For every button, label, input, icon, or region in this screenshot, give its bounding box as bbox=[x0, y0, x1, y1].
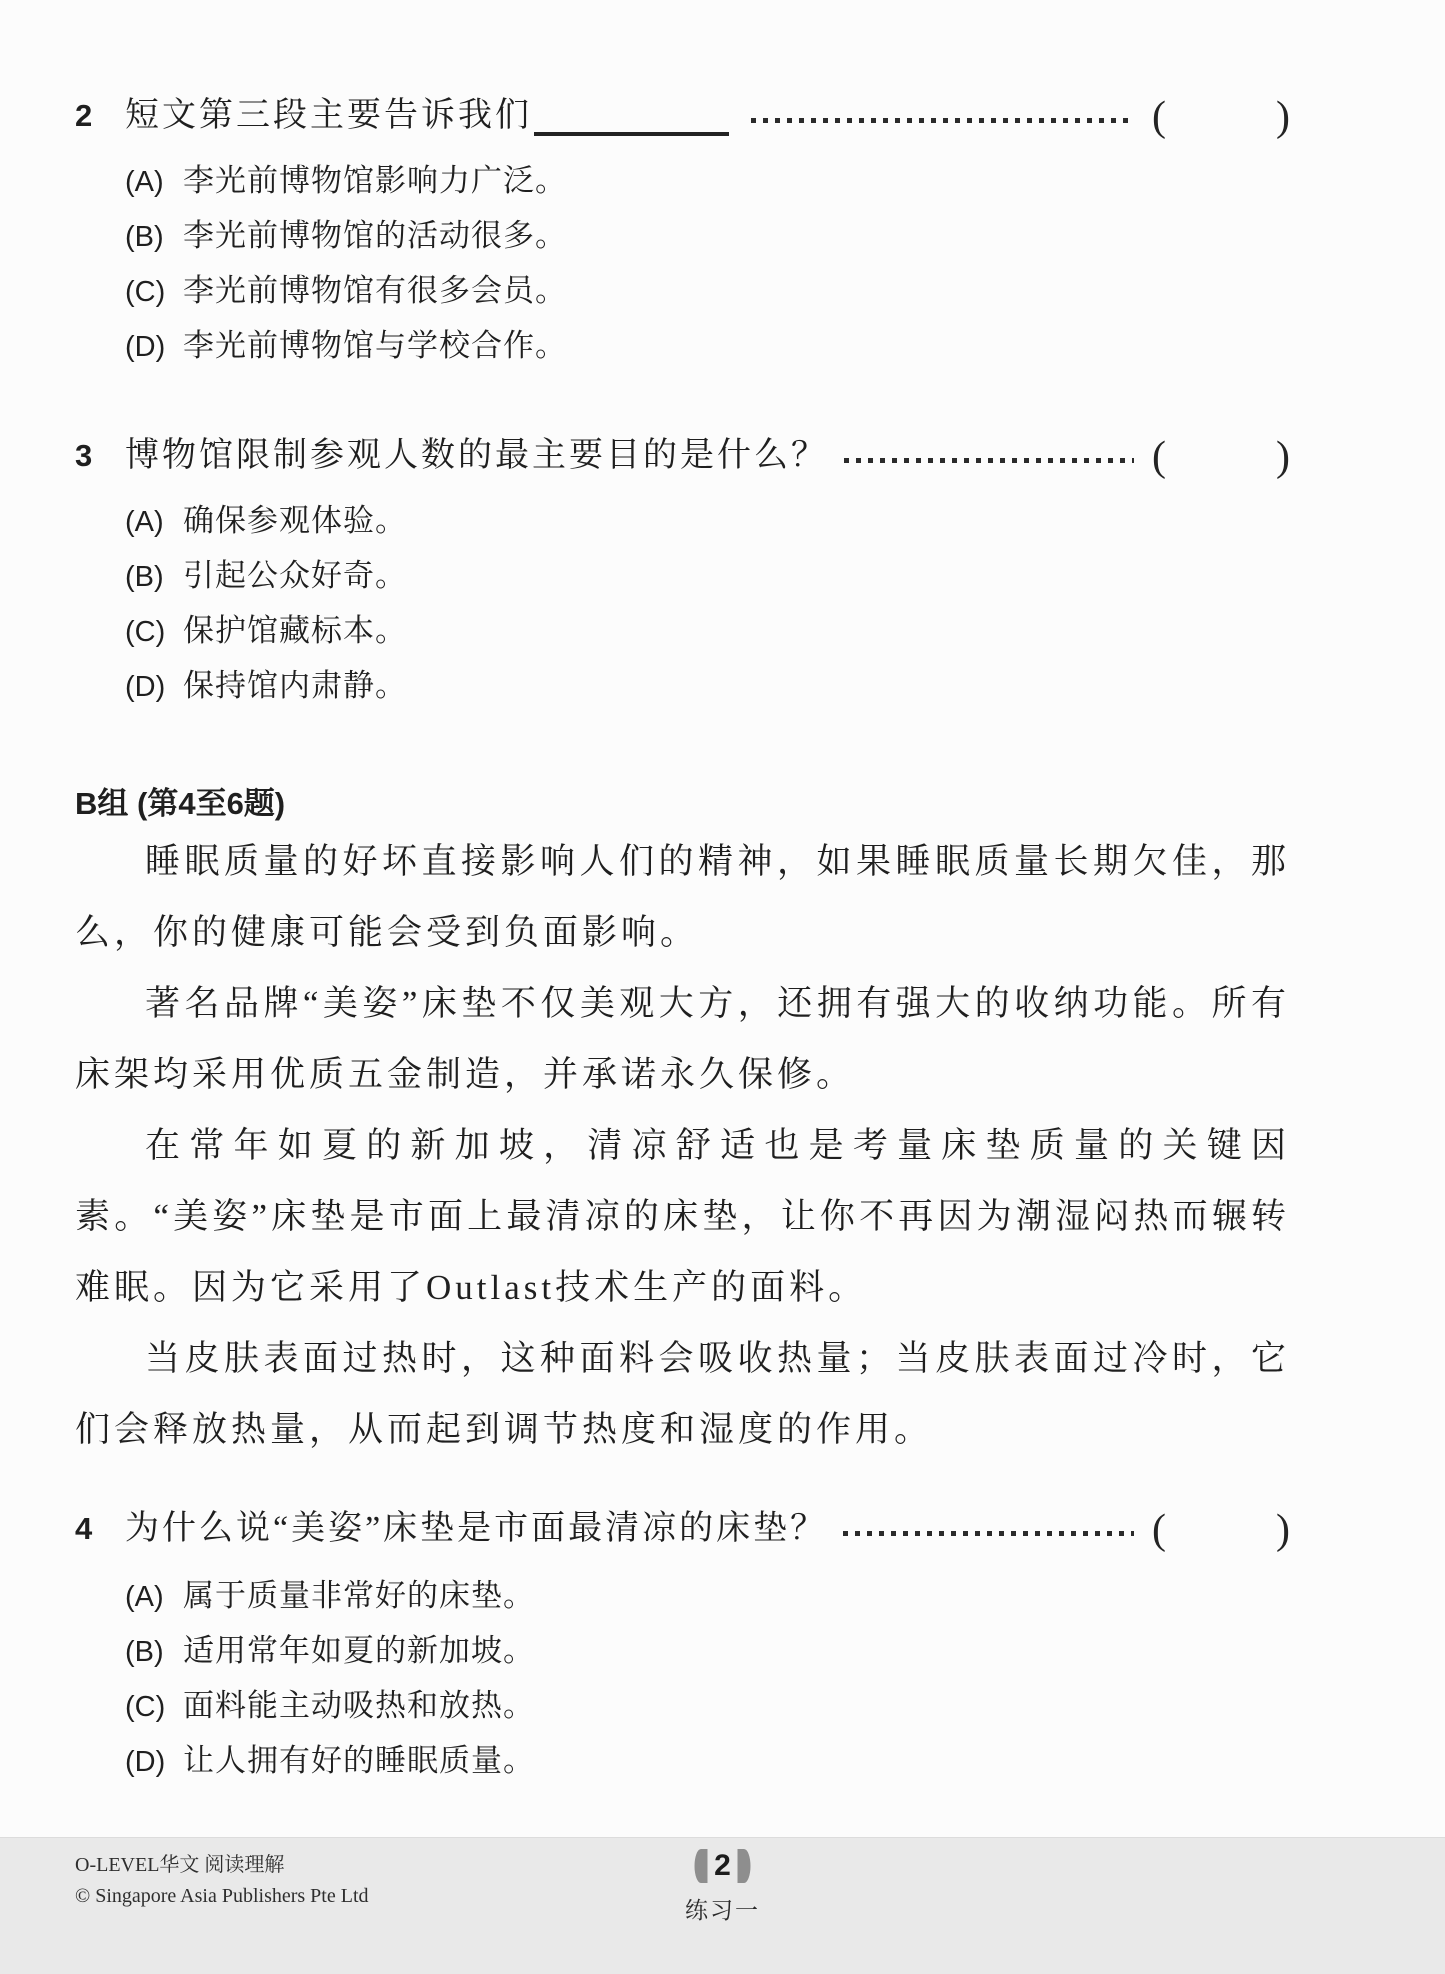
option-text: 引起公众好奇。 bbox=[183, 549, 407, 602]
option-label: (D) bbox=[125, 661, 183, 714]
dotted-leader bbox=[844, 458, 1134, 463]
question-2-row: 2 短文第三段主要告诉我们 ( ) bbox=[75, 92, 1290, 142]
dotted-leader bbox=[751, 118, 1134, 123]
option-row: (C) 李光前博物馆有很多会员。 bbox=[125, 264, 1290, 319]
answer-paren-close: ) bbox=[1276, 1505, 1290, 1555]
answer-blank-line bbox=[534, 92, 729, 136]
passage-paragraph: 当皮肤表面过热时，这种面料会吸收热量；当皮肤表面过冷时，它们会释放热量，从而起到… bbox=[75, 1323, 1290, 1465]
option-label: (D) bbox=[125, 321, 183, 374]
option-label: (A) bbox=[125, 496, 183, 549]
question-number: 3 bbox=[75, 432, 125, 480]
answer-brackets: ( ) bbox=[1152, 92, 1290, 142]
option-row: (D) 李光前博物馆与学校合作。 bbox=[125, 319, 1290, 374]
option-label: (D) bbox=[125, 1735, 183, 1789]
option-text: 李光前博物馆的活动很多。 bbox=[183, 209, 567, 262]
page-number: 2 bbox=[714, 1849, 731, 1883]
exercise-label: 练习一 bbox=[685, 1892, 760, 1925]
answer-brackets: ( ) bbox=[1152, 432, 1290, 482]
option-text: 李光前博物馆与学校合作。 bbox=[183, 319, 567, 372]
option-text: 李光前博物馆有很多会员。 bbox=[183, 264, 567, 317]
option-text: 适用常年如夏的新加坡。 bbox=[183, 1624, 535, 1678]
option-label: (B) bbox=[125, 551, 183, 604]
option-text: 李光前博物馆影响力广泛。 bbox=[183, 154, 567, 207]
answer-paren-open: ( bbox=[1152, 432, 1166, 482]
footer-series-title: O-LEVEL华文 阅读理解 bbox=[75, 1850, 369, 1881]
page-content: 2 短文第三段主要告诉我们 ( ) (A) 李光前博物馆影响力广泛。 (B) 李… bbox=[75, 92, 1290, 1789]
page-footer: O-LEVEL华文 阅读理解 © Singapore Asia Publishe… bbox=[0, 1837, 1445, 1974]
question-2-options: (A) 李光前博物馆影响力广泛。 (B) 李光前博物馆的活动很多。 (C) 李光… bbox=[125, 154, 1290, 374]
footer-center: 2 练习一 bbox=[685, 1846, 760, 1925]
question-number: 2 bbox=[75, 92, 125, 140]
dotted-leader bbox=[843, 1531, 1134, 1536]
option-text: 保持馆内肃静。 bbox=[183, 659, 407, 712]
question-3-options: (A) 确保参观体验。 (B) 引起公众好奇。 (C) 保护馆藏标本。 (D) … bbox=[125, 494, 1290, 714]
page-number-ornament-left-icon bbox=[694, 1849, 707, 1883]
answer-paren-close: ) bbox=[1276, 432, 1290, 482]
option-text: 让人拥有好的睡眠质量。 bbox=[183, 1734, 535, 1788]
option-row: (D) 让人拥有好的睡眠质量。 bbox=[125, 1734, 1290, 1789]
option-label: (C) bbox=[125, 1680, 183, 1734]
question-text: 短文第三段主要告诉我们 bbox=[125, 92, 532, 140]
footer-copyright: © Singapore Asia Publishers Pte Ltd bbox=[75, 1881, 369, 1912]
section-b-heading: B组 (第4至6题) bbox=[75, 782, 1290, 826]
option-text: 面料能主动吸热和放热。 bbox=[183, 1679, 535, 1733]
footer-left: O-LEVEL华文 阅读理解 © Singapore Asia Publishe… bbox=[75, 1850, 369, 1912]
option-row: (B) 李光前博物馆的活动很多。 bbox=[125, 209, 1290, 264]
passage-paragraph: 在常年如夏的新加坡，清凉舒适也是考量床垫质量的关键因素。“美姿”床垫是市面上最清… bbox=[75, 1110, 1290, 1323]
option-row: (C) 保护馆藏标本。 bbox=[125, 604, 1290, 659]
option-row: (C) 面料能主动吸热和放热。 bbox=[125, 1679, 1290, 1734]
option-row: (B) 引起公众好奇。 bbox=[125, 549, 1290, 604]
page-number-ornament-right-icon bbox=[738, 1849, 751, 1883]
question-4-block: 4 为什么说“美姿”床垫是市面最清凉的床垫？ ( ) (A) 属于质量非常好的床… bbox=[75, 1505, 1290, 1789]
option-label: (B) bbox=[125, 211, 183, 264]
option-row: (D) 保持馆内肃静。 bbox=[125, 659, 1290, 714]
option-text: 保护馆藏标本。 bbox=[183, 604, 407, 657]
answer-paren-open: ( bbox=[1152, 92, 1166, 142]
question-3-block: 3 博物馆限制参观人数的最主要目的是什么？ ( ) (A) 确保参观体验。 (B… bbox=[75, 432, 1290, 714]
answer-paren-open: ( bbox=[1152, 1505, 1166, 1555]
option-row: (A) 李光前博物馆影响力广泛。 bbox=[125, 154, 1290, 209]
option-text: 属于质量非常好的床垫。 bbox=[183, 1569, 535, 1623]
passage-paragraph: 著名品牌“美姿”床垫不仅美观大方，还拥有强大的收纳功能。所有床架均采用优质五金制… bbox=[75, 968, 1290, 1110]
question-2-block: 2 短文第三段主要告诉我们 ( ) (A) 李光前博物馆影响力广泛。 (B) 李… bbox=[75, 92, 1290, 374]
question-4-row: 4 为什么说“美姿”床垫是市面最清凉的床垫？ ( ) bbox=[75, 1505, 1290, 1555]
question-4-options: (A) 属于质量非常好的床垫。 (B) 适用常年如夏的新加坡。 (C) 面料能主… bbox=[125, 1569, 1290, 1789]
option-label: (C) bbox=[125, 266, 183, 319]
option-row: (A) 确保参观体验。 bbox=[125, 494, 1290, 549]
option-row: (A) 属于质量非常好的床垫。 bbox=[125, 1569, 1290, 1624]
page-number-marker: 2 bbox=[685, 1846, 760, 1886]
question-number: 4 bbox=[75, 1505, 125, 1553]
question-text: 为什么说“美姿”床垫是市面最清凉的床垫？ bbox=[125, 1505, 827, 1553]
passage-paragraph: 睡眠质量的好坏直接影响人们的精神，如果睡眠质量长期欠佳，那么，你的健康可能会受到… bbox=[75, 826, 1290, 968]
option-label: (C) bbox=[125, 606, 183, 659]
option-label: (A) bbox=[125, 156, 183, 209]
option-label: (A) bbox=[125, 1570, 183, 1624]
question-text: 博物馆限制参观人数的最主要目的是什么？ bbox=[125, 432, 828, 480]
option-row: (B) 适用常年如夏的新加坡。 bbox=[125, 1624, 1290, 1679]
answer-brackets: ( ) bbox=[1152, 1505, 1290, 1555]
option-text: 确保参观体验。 bbox=[183, 494, 407, 547]
option-label: (B) bbox=[125, 1625, 183, 1679]
answer-paren-close: ) bbox=[1276, 92, 1290, 142]
question-3-row: 3 博物馆限制参观人数的最主要目的是什么？ ( ) bbox=[75, 432, 1290, 482]
reading-passage: 睡眠质量的好坏直接影响人们的精神，如果睡眠质量长期欠佳，那么，你的健康可能会受到… bbox=[75, 826, 1290, 1465]
